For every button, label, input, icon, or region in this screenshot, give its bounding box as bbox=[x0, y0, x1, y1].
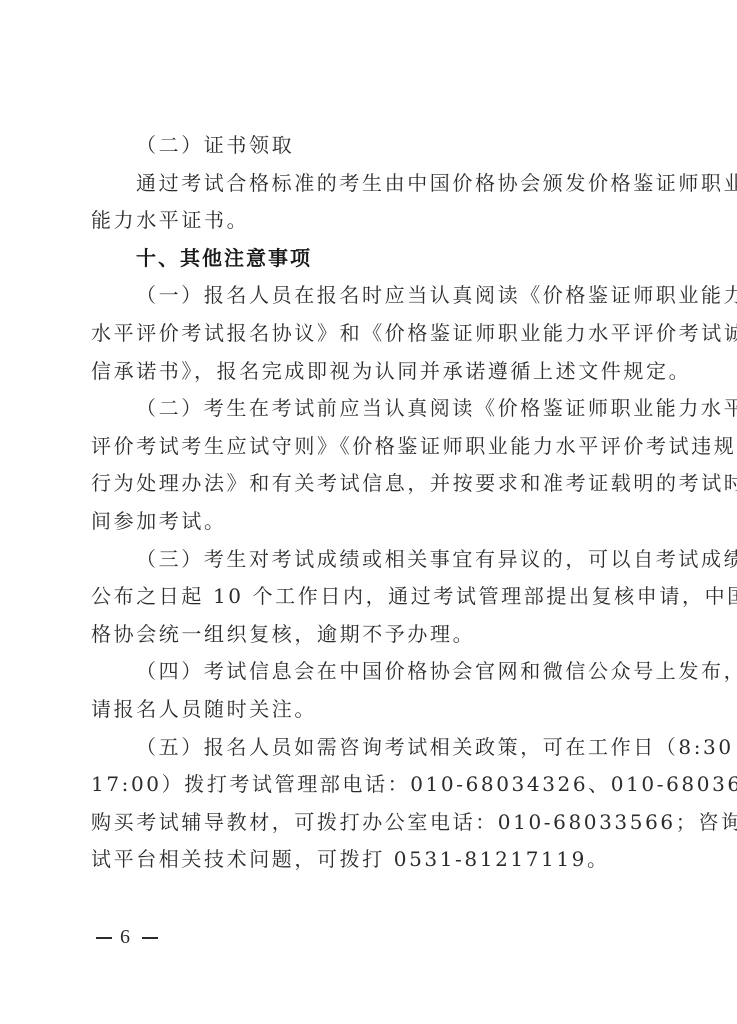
paragraph-line: （三）考生对考试成绩或相关事宜有异议的，可以自考试成绩 bbox=[91, 541, 639, 579]
page-number: 6 bbox=[96, 926, 158, 949]
paragraph-line: 通过考试合格标准的考生由中国价格协会颁发价格鉴证师职业 bbox=[91, 165, 639, 203]
paragraph-line: 购买考试辅导教材，可拨打办公室电话：010-68033566；咨询与考 bbox=[91, 804, 639, 842]
paragraph-line: 公布之日起 10 个工作日内，通过考试管理部提出复核申请，中国价 bbox=[91, 578, 639, 616]
paragraph-line: 能力水平证书。 bbox=[91, 202, 639, 240]
paragraph-line: 信承诺书》，报名完成即视为认同并承诺遵循上述文件规定。 bbox=[91, 353, 639, 391]
paragraph-line: （一）报名人员在报名时应当认真阅读《价格鉴证师职业能力 bbox=[91, 277, 639, 315]
page-number-value: 6 bbox=[120, 926, 134, 949]
paragraph-line: （四）考试信息会在中国价格协会官网和微信公众号上发布， bbox=[91, 653, 639, 691]
paragraph-line: （二）考生在考试前应当认真阅读《价格鉴证师职业能力水平 bbox=[91, 390, 639, 428]
paragraph-line: 请报名人员随时关注。 bbox=[91, 691, 639, 729]
paragraph-line: 水平评价考试报名协议》和《价格鉴证师职业能力水平评价考试诚 bbox=[91, 315, 639, 353]
paragraph-line: 行为处理办法》和有关考试信息，并按要求和准考证载明的考试时 bbox=[91, 465, 639, 503]
paragraph-line: （五）报名人员如需咨询考试相关政策，可在工作日（8:30 至 bbox=[91, 729, 639, 767]
section-heading-other-notes: 十、其他注意事项 bbox=[91, 240, 639, 278]
paragraph-line: 评价考试考生应试守则》《价格鉴证师职业能力水平评价考试违规 bbox=[91, 428, 639, 466]
paragraph-line: 格协会统一组织复核，逾期不予办理。 bbox=[91, 616, 639, 654]
dash-left-decoration bbox=[96, 937, 112, 939]
paragraph-line: 间参加考试。 bbox=[91, 503, 639, 541]
section-subheading-certificate: （二）证书领取 bbox=[91, 127, 639, 165]
document-page: （二）证书领取 通过考试合格标准的考生由中国价格协会颁发价格鉴证师职业 能力水平… bbox=[91, 127, 639, 879]
paragraph-line: 17:00）拨打考试管理部电话：010-68034326、010-6803608… bbox=[91, 766, 639, 804]
dash-right-decoration bbox=[142, 937, 158, 939]
paragraph-line: 试平台相关技术问题，可拨打 0531-81217119。 bbox=[91, 841, 639, 879]
